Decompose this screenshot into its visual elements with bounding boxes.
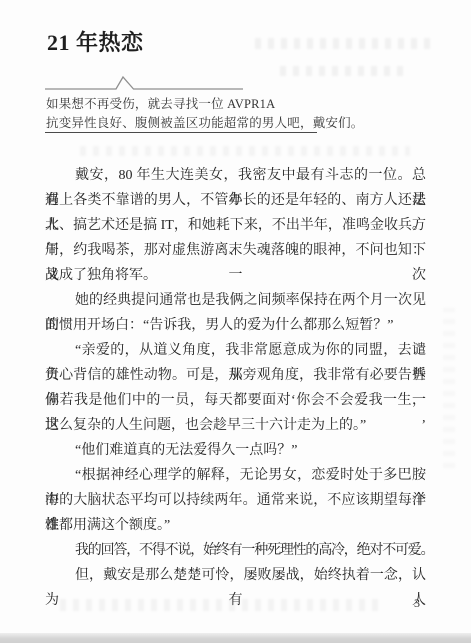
body-line: 午，约我喝茶，那对虚焦游离、失魂落魄的眼神，不问也知：又一次 — [45, 238, 426, 263]
body-line: 人、搞艺术还是搞 IT，和她耗下来，不出半年，准鸣金收兵。周末下 — [45, 213, 426, 238]
body-line: 性都用满这个额度。” — [45, 513, 426, 538]
body-line: 我的回答，不得不说，始终有一种死理性的高冷，绝对不可爱。 — [45, 538, 426, 563]
bleed-through-smudge — [443, 308, 455, 468]
scan-edge-shadow — [0, 633, 471, 643]
body-line: 戴安，80 年生大连美女，我密友中最有斗志的一位。总有办法 — [45, 163, 426, 188]
body-line: 她的经典提问通常也是我俩之间频率保持在两个月一次见面 — [45, 288, 426, 313]
body-line: “亲爱的，从道义角度，我非常愿意成为你的同盟，去谴责那些 — [45, 338, 426, 363]
body-line: 但，戴安是那么楚楚可怜，屡败屡战，始终执着一念，认为有人 — [45, 563, 426, 588]
body-line: “根据神经心理学的解释，无论男女，恋爱时处于多巴胺海洋 — [45, 463, 426, 488]
body-line: “他们难道真的无法爱得久一点吗？” — [45, 438, 426, 463]
body-line: 负心背信的雄性动物。可是，从旁观角度，我非常有必要告诉你， — [45, 363, 426, 388]
body-line: 的惯用开场白：“告诉我，男人的爱为什么都那么短暂？” — [45, 313, 426, 338]
epigraph: 如果想不再受伤，就去寻找一位 AVPR1A 抗变异性良好、腹侧被盖区功能超常的男… — [46, 95, 366, 133]
bleed-through-smudge — [255, 38, 435, 49]
page-title: 21 年热恋 — [47, 30, 144, 56]
body-line: 中的大脑状态平均可以持续两年。通常来说，不应该期望每个雄 — [45, 488, 426, 513]
epigraph-line: 抗变异性良好、腹侧被盖区功能超常的男人吧，戴安们。 — [46, 114, 366, 133]
body-line: 遇上各类不靠谱的男人，不管年长的还是年轻的、南方人还是北方 — [45, 188, 426, 213]
page-number: 3 — [407, 596, 427, 611]
body-line: 倘若我是他们中的一员，每天都要面对‘你会不会爱我一生一世’ — [45, 388, 426, 413]
bleed-through-smudge — [280, 66, 410, 76]
book-page: 21 年热恋 如果想不再受伤，就去寻找一位 AVPR1A 抗变异性良好、腹侧被盖… — [0, 0, 471, 643]
pulse-divider-line — [45, 75, 245, 92]
epigraph-line: 如果想不再受伤，就去寻找一位 AVPR1A — [46, 95, 366, 114]
bleed-through-smudge — [80, 146, 410, 156]
body-text: 戴安，80 年生大连美女，我密友中最有斗志的一位。总有办法 遇上各类不靠谱的男人… — [45, 163, 426, 588]
epigraph-underline — [45, 132, 317, 133]
